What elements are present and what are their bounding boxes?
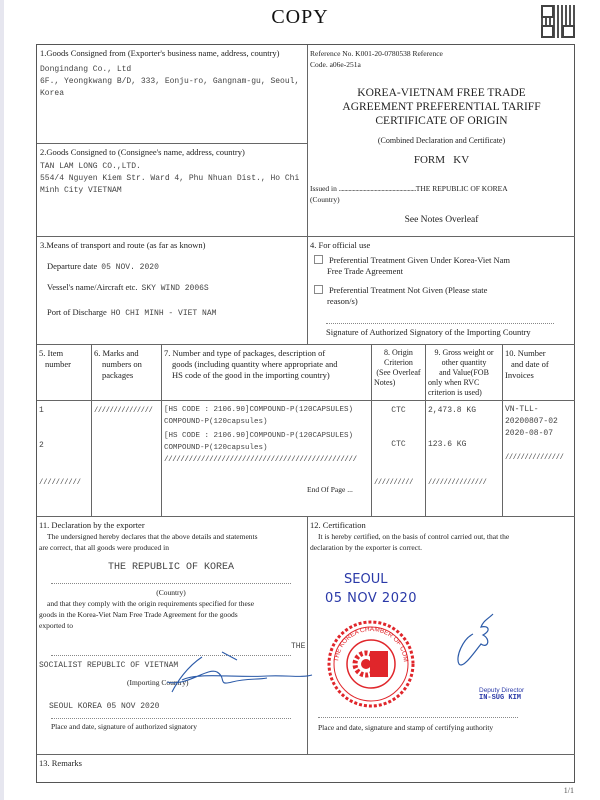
issued-country-label: (Country) <box>310 194 340 205</box>
option1-line1: Preferential Treatment Given Under Korea… <box>329 255 510 265</box>
official-use-label: 4. For official use <box>310 240 370 251</box>
box-exporter: 1.Goods Consigned from (Exporter's busin… <box>37 45 308 144</box>
row1-invoice: VN-TLL-20200807-022020-08-07 <box>505 404 558 440</box>
header-gross-weight: 9. Gross weight orother quantityand Valu… <box>426 348 502 398</box>
left-edge-strip <box>0 0 4 800</box>
form-kv: FORM KV <box>308 154 575 166</box>
stamp-city: SEOUL <box>344 572 387 587</box>
header-marks: 6. Marks andnumbers onpackages <box>94 348 142 381</box>
origin-country: THE REPUBLIC OF KOREA <box>37 562 305 574</box>
row2-item: 2 <box>39 440 44 452</box>
option-treatment-not-given: Preferential Treatment Not Given (Please… <box>314 285 487 307</box>
consignee-city: Minh City VIETNAM <box>40 185 122 197</box>
row2-description: [HS CODE : 2106.90]COMPOUND-P(120CAPSULE… <box>164 430 357 466</box>
exporter-label: 1.Goods Consigned from (Exporter's busin… <box>40 48 280 59</box>
row1-weight: 2,473.8 KG <box>428 405 476 417</box>
header-description: 7. Number and type of packages, descript… <box>164 348 337 381</box>
signer-title: Deputy Director <box>479 687 524 694</box>
box-reference: Reference No. K001-20-0780538 Reference … <box>308 45 575 237</box>
exporter-address: 6F., Yeongkwang B/D, 333, Eonju-ro, Gang… <box>40 76 299 88</box>
port-row: Port of Discharge HO CHI MINH - VIET NAM <box>47 302 216 320</box>
option-treatment-given: Preferential Treatment Given Under Korea… <box>314 255 510 277</box>
reference-number: Reference No. K001-20-0780538 Reference <box>310 48 443 59</box>
certifier-line <box>318 717 518 718</box>
stamp-date: 05 NOV 2020 <box>325 591 417 606</box>
box-consignee: 2.Goods Consigned to (Consignee's name, … <box>37 144 308 237</box>
certificate-subtitle: (Combined Declaration and Certificate) <box>308 135 575 146</box>
signer-name: IN-SUG KIM <box>479 694 521 702</box>
document-title: COPY <box>0 6 600 29</box>
row1-item: 1 <box>39 405 44 417</box>
box-remarks: 13. Remarks <box>37 755 575 783</box>
departure-label: Departure date <box>47 261 97 271</box>
vessel-value: SKY WIND 2006S <box>142 284 209 293</box>
exporter-signatory-label: Place and date, signature of authorized … <box>51 721 197 732</box>
title-line-2: AGREEMENT PREFERENTIAL TARIFF <box>308 100 575 114</box>
signature-dotted-line <box>326 323 554 324</box>
exporter-name: Dongindang Co., Ltd <box>40 64 131 76</box>
weight-filler: /////////////// <box>428 477 487 489</box>
exporter-place-date: SEOUL KOREA 05 NOV 2020 <box>49 701 159 713</box>
box-official-use: 4. For official use Preferential Treatme… <box>308 237 575 345</box>
row1-marks: /////////////// <box>94 405 153 417</box>
end-of-page: End Of Page ... <box>307 484 353 495</box>
port-value: HO CHI MINH - VIET NAM <box>111 309 217 318</box>
declaration-text: The undersigned hereby declares that the… <box>39 531 307 553</box>
consignee-label: 2.Goods Consigned to (Consignee's name, … <box>40 147 245 158</box>
importing-signatory-label: Signature of Authorized Signatory of the… <box>326 327 531 338</box>
header-invoices: 10. Numberand date ofInvoices <box>505 348 549 381</box>
box-exporter-declaration: 11. Declaration by the exporter The unde… <box>37 517 308 755</box>
see-notes-overleaf: See Notes Overleaf <box>308 215 575 225</box>
reference-code: Code. a06e-251a <box>310 59 361 70</box>
issued-in-value: THE REPUBLIC OF KOREA <box>416 184 508 193</box>
certifier-label: Place and date, signature and stamp of c… <box>318 722 493 733</box>
origin-country-line <box>51 583 291 584</box>
header-item-number: 5. Itemnumber <box>39 348 71 370</box>
exporter-signature <box>147 642 317 702</box>
row1-criterion: CTC <box>372 405 425 417</box>
certificate-title: KOREA-VIETNAM FREE TRADE AGREEMENT PREFE… <box>308 86 575 128</box>
option2-line2: reason/s) <box>314 296 358 306</box>
transport-label: 3.Means of transport and route (as far a… <box>40 240 205 251</box>
remarks-label: 13. Remarks <box>39 758 82 769</box>
certificate-form: 1.Goods Consigned from (Exporter's busin… <box>36 44 575 783</box>
certifier-signature <box>453 609 503 679</box>
issued-in-label: Issued in <box>310 184 337 193</box>
treatment-not-given-checkbox[interactable] <box>314 285 323 294</box>
consignee-address: 554/4 Nguyen Kiem Str. Ward 4, Phu Nhuan… <box>40 173 299 185</box>
invoice-filler: /////////////// <box>505 452 564 464</box>
goods-table: 5. Itemnumber 6. Marks andnumbers onpack… <box>37 345 575 517</box>
country-label: (Country) <box>37 587 305 598</box>
departure-row: Departure date 05 NOV. 2020 <box>47 256 159 274</box>
treatment-given-checkbox[interactable] <box>314 255 323 264</box>
header-origin-criterion: 8. OriginCriterion(See OverleafNotes) <box>372 348 425 388</box>
option2-line1: Preferential Treatment Not Given (Please… <box>329 285 487 295</box>
certification-label: 12. Certification <box>310 520 366 531</box>
qr-code-icon <box>541 5 575 38</box>
box-certification: 12. Certification It is hereby certified… <box>308 517 575 755</box>
box-transport: 3.Means of transport and route (as far a… <box>37 237 308 345</box>
vessel-row: Vessel's name/Aircraft etc. SKY WIND 200… <box>47 277 209 295</box>
title-line-3: CERTIFICATE OF ORIGIN <box>308 114 575 128</box>
criterion-filler: ////////// <box>374 477 413 489</box>
issued-in: Issued in ..............................… <box>310 183 508 194</box>
row2-criterion: CTC <box>372 439 425 451</box>
title-line-1: KOREA-VIETNAM FREE TRADE <box>308 86 575 100</box>
declaration-text-2: and that they comply with the origin req… <box>39 598 254 631</box>
exporter-place-date-line <box>51 718 291 719</box>
row1-description: [HS CODE : 2106.90]COMPOUND-P(120CAPSULE… <box>164 404 353 428</box>
exporter-country: Korea <box>40 88 64 100</box>
port-label: Port of Discharge <box>47 307 107 317</box>
consignee-name: TAN LAM LONG CO.,LTD. <box>40 161 141 173</box>
option1-line2: Free Trade Agreement <box>314 266 403 276</box>
certification-text: It is hereby certified, on the basis of … <box>310 531 509 553</box>
page-number: 1/1 <box>564 786 574 795</box>
declaration-label: 11. Declaration by the exporter <box>39 520 145 531</box>
item-filler: ////////// <box>39 477 81 489</box>
chamber-seal-icon: THE KOREA CHAMBER OF COMMERCE <box>326 619 416 709</box>
vessel-label: Vessel's name/Aircraft etc. <box>47 282 138 292</box>
row2-weight: 123.6 KG <box>428 439 466 451</box>
departure-value: 05 NOV. 2020 <box>101 263 159 272</box>
